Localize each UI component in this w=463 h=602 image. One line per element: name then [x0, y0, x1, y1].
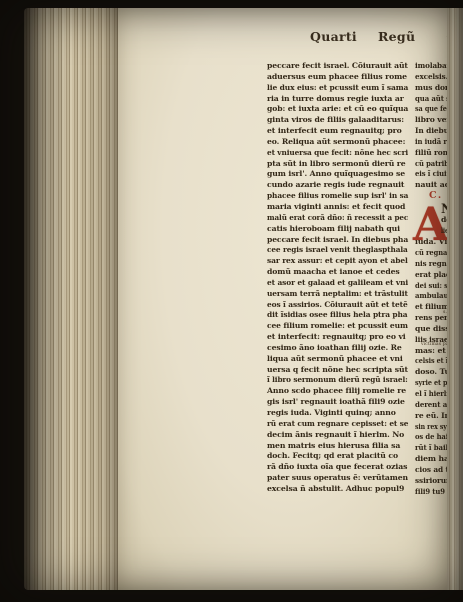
text-line: et vniuersa que fecit: nõne hec scri [267, 148, 401, 159]
text-line: pta sũt in libro sermonũ dierũ re [267, 159, 408, 170]
text-line: eos ĩ assirios. Cõiurauit aũt et tetẽ [267, 300, 403, 311]
text-line: et interfecit eum regnauitq; pro [267, 126, 408, 137]
text-line: rã dño iuxta oĩa que fecerat ozias [267, 462, 408, 473]
book-page: QuartiRegũCXVI peccare fecit israel. Cõi… [118, 8, 449, 590]
text-line: ria in turre domus regie iuxta ar [267, 94, 408, 105]
running-header: QuartiRegũCXVI [310, 29, 463, 44]
facing-page-gutter [447, 8, 463, 590]
text-line: ginta viros de filiis galaaditarus: [267, 115, 408, 126]
text-line: peccare fecit israel. In diebus pha [267, 235, 406, 246]
text-line: cee regis israel venit theglaspthala [267, 245, 401, 256]
text-line: domũ maacha et ianoe et cedes [267, 267, 408, 278]
header-book-title-regum: Regũ [378, 29, 415, 44]
text-line: malũ erat corã dño: ñ recessit a pec [267, 213, 399, 224]
text-line: Anno scdo phacee filij romelie re [267, 386, 408, 397]
text-line: et interfecit: regnauitq; pro eo vi [267, 332, 408, 343]
text-line: cesimo ãno ioathan filij ozie. Re [267, 343, 408, 354]
text-line: rũ erat cum regnare cepisset: et se [267, 419, 402, 430]
text-line: doch. Fecitq; qd erat placitũ co [267, 451, 408, 462]
text-line: dit ĩsidias osee filius hela ptra pha [267, 310, 403, 321]
text-line: catis hieroboam filij nabath qui [267, 224, 408, 235]
text-line: pater suus operatus ẽ: verũtamen [267, 473, 407, 484]
book-photo: QuartiRegũCXVI peccare fecit israel. Cõi… [0, 0, 463, 602]
text-line: gum isrl'. Anno quĩquagesimo se [267, 169, 408, 180]
text-line: eo. Reliqua aũt sermonũ phacee: [267, 137, 408, 148]
text-line: cundo azarie regis iude regnauit [267, 180, 408, 191]
text-line: excelsa ñ abstulit. Adhuc popul9 [267, 484, 408, 495]
text-line: phacee filius romelie sup isrl' in sa [267, 191, 402, 202]
header-book-title-quarti: Quarti [310, 29, 357, 44]
text-line: ĩ libro sermonum dierũ regũ israel: [267, 375, 400, 386]
text-line: lie dux eius: et pcussit eum ĩ sama [267, 83, 404, 94]
text-line: gob: et iuxta arie: et cũ eo quĩqua [267, 104, 407, 115]
drop-cap-initial: A [413, 202, 437, 246]
text-line: decim ãnis regnauit ĩ hierlm. No [267, 430, 408, 441]
text-column-left: peccare fecit israel. Cõiurauit aũtaduer… [267, 61, 408, 495]
text-line: maria viginti annis: et fecit quod [267, 202, 408, 213]
book-top-edge-pages [26, 8, 128, 50]
text-line: cee filium romelie: et pcussit eum [267, 321, 405, 332]
text-line: men matris eius hierusa filia sa [267, 441, 408, 452]
text-line: regis iuda. Viginti quinq; anno [267, 408, 408, 419]
text-line: gis isrl' regnauit ioathã fili9 ozie [267, 397, 408, 408]
text-line: uersa q fecit nõne hec scripta sũt [267, 365, 408, 376]
text-line: peccare fecit israel. Cõiurauit aũt [267, 61, 407, 72]
text-line: et asor et galaad et galileam et vni [267, 278, 403, 289]
text-line: uersam terrã neptalim: et trãstulit [267, 289, 403, 300]
text-line: liqua aũt sermonũ phacee et vni [267, 354, 408, 365]
text-line: sar rex assur: et cepit ayon et abel [267, 256, 404, 267]
book-foredge-pages [24, 8, 120, 590]
text-line: aduersus eum phacee filius rome [267, 72, 408, 83]
